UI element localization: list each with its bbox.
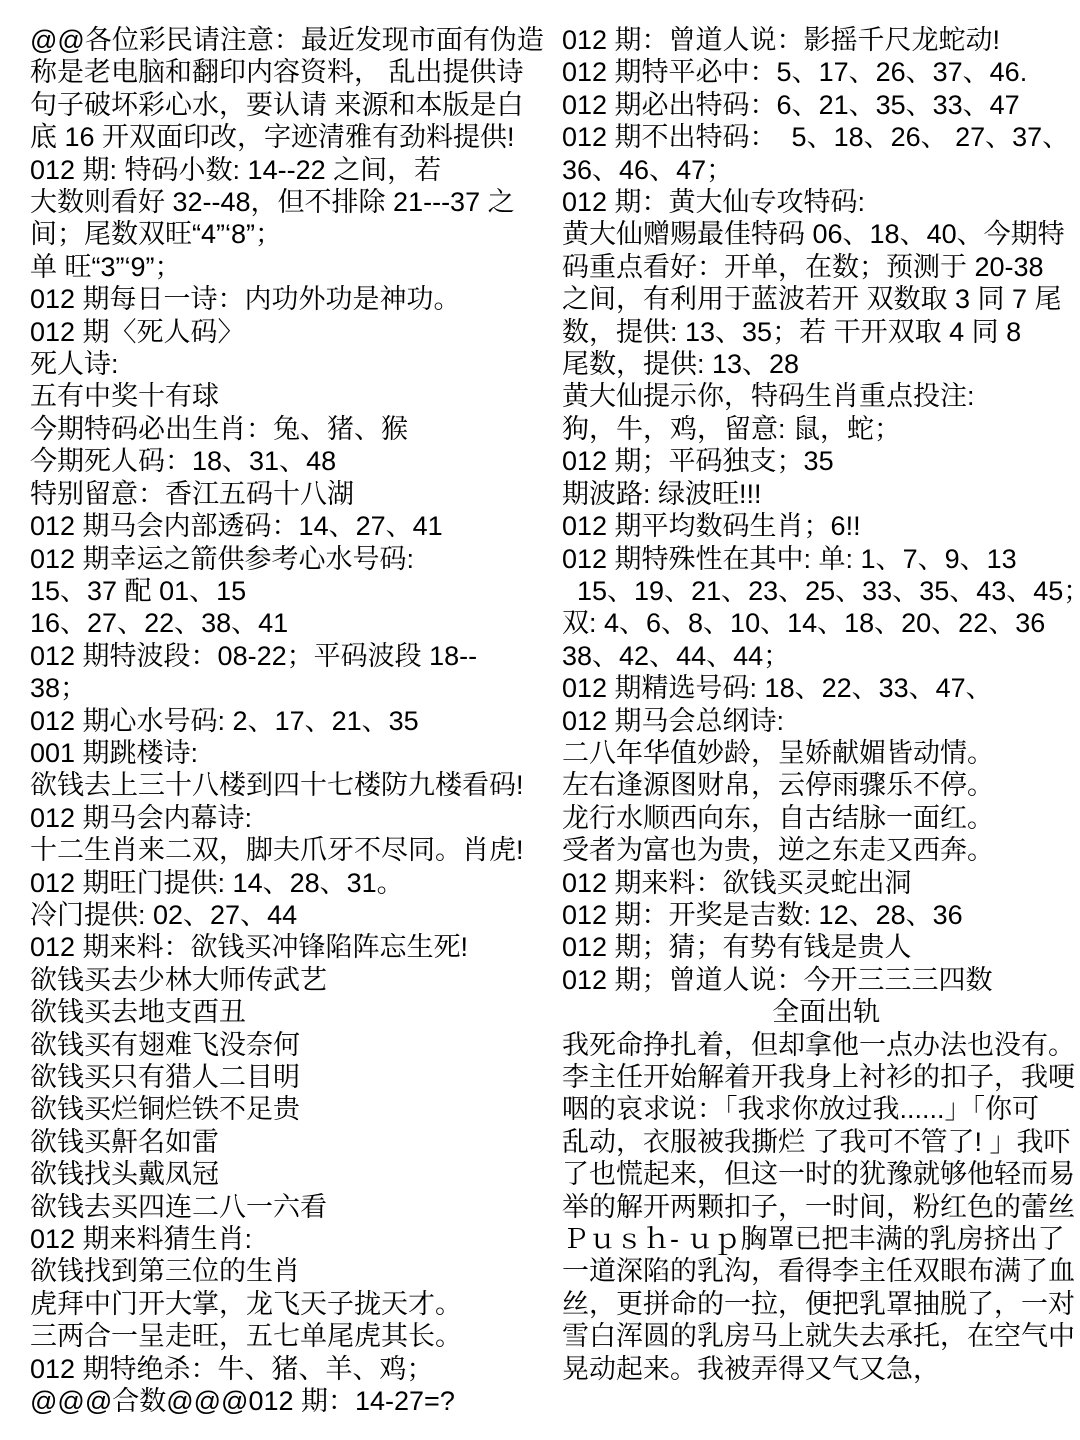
text-line: 012 期平均数码生肖；6!! (562, 510, 1080, 542)
text-line: 死人诗: (30, 348, 562, 380)
text-line: 012 期；平码独支；35 (562, 445, 1080, 477)
text-line: 欲钱买烂铜烂铁不足贵 (30, 1093, 562, 1125)
text-line: @@@合数@@@012 期：14-27=? (30, 1385, 562, 1417)
text-line: 38、42、44、44； (562, 640, 1080, 672)
text-line: 012 期；猜；有势有钱是贵人 (562, 931, 1080, 963)
text-line: 012 期：黄大仙专攻特码: (562, 186, 1080, 218)
text-line: 012 期心水号码: 2、17、21、35 (30, 705, 562, 737)
text-line: 称是老电脑和翻印内容资料， 乱出提供诗 (30, 56, 562, 88)
text-line: 举的解开两颗扣子，一时间，粉红色的蕾丝 (562, 1191, 1080, 1223)
text-line: 欲钱买去地支酉丑 (30, 996, 562, 1028)
text-line: 012 期特波段：08-22；平码波段 18-- (30, 640, 562, 672)
text-line: 黄大仙提示你，特码生肖重点投注: (562, 380, 1080, 412)
text-line: 黄大仙赠赐最佳特码 06、18、40、今期特 (562, 218, 1080, 250)
text-line: 咽的哀求说：「我求你放过我......」「你可 (562, 1093, 1080, 1125)
text-line: 一道深陷的乳沟，看得李主任双眼布满了血 (562, 1255, 1080, 1287)
text-line: 乱动，衣服被我撕烂 了我可不管了! 」我吓 (562, 1126, 1080, 1158)
text-line: 38； (30, 672, 562, 704)
text-line: 012 期来料：欲钱买冲锋陷阵忘生死! (30, 931, 562, 963)
text-line: 012 期不出特码： 5、18、26、 27、37、 (562, 121, 1080, 153)
text-line: 012 期每日一诗：内功外功是神功。 (30, 283, 562, 315)
text-line: 012 期马会总纲诗: (562, 705, 1080, 737)
text-line: 012 期旺门提供: 14、28、31。 (30, 867, 562, 899)
text-line: 晃动起来。我被弄得又气又急， (562, 1353, 1080, 1385)
text-line: 期波路: 绿波旺!!! (562, 478, 1080, 510)
text-line: 受者为富也为贵，逆之东走又西奔。 (562, 834, 1080, 866)
text-line: 冷门提供: 02、27、44 (30, 899, 562, 931)
text-line: 李主任开始解着开我身上衬衫的扣子，我哽 (562, 1061, 1080, 1093)
text-line: 雪白浑圆的乳房马上就失去承托，在空气中 (562, 1320, 1080, 1352)
text-line: @@各位彩民请注意：最近发现市面有伪造 (30, 24, 562, 56)
text-line: 012 期；曾道人说：今开三三三四数 (562, 964, 1080, 996)
text-line: 16、27、22、38、41 (30, 607, 562, 639)
text-line: 012 期来料猜生肖: (30, 1223, 562, 1255)
text-line: 特别留意：香江五码十八湖 (30, 478, 562, 510)
text-line: 欲钱买有翅难飞没奈何 (30, 1029, 562, 1061)
text-line: 012 期：曾道人说：影摇千尺龙蛇动! (562, 24, 1080, 56)
text-line: 012 期特殊性在其中: 单: 1、7、9、13 (562, 543, 1080, 575)
text-line: 了也慌起来，但这一时的犹豫就够他轻而易 (562, 1158, 1080, 1190)
text-line: Ｐｕｓｈ‐ ｕｐ胸罩已把丰满的乳房挤出了 (562, 1223, 1080, 1255)
text-line: 双: 4、6、8、10、14、18、20、22、36 (562, 607, 1080, 639)
text-line: 15、37 配 01、15 (30, 575, 562, 607)
text-line: 数，提供: 13、35；若 干开双取 4 同 8 (562, 316, 1080, 348)
text-line: 012 期特平必中：5、17、26、37、46. (562, 56, 1080, 88)
text-line: 012 期必出特码：6、21、35、33、47 (562, 89, 1080, 121)
text-line: 欲钱去上三十八楼到四十七楼防九楼看码! (30, 769, 562, 801)
text-line: 012 期来料：欲钱买灵蛇出洞 (562, 867, 1080, 899)
text-line: 五有中奖十有球 (30, 380, 562, 412)
text-line: 十二生肖来二双，脚夫爪牙不尽同。肖虎! (30, 834, 562, 866)
text-line: 三两合一呈走旺，五七单尾虎其长。 (30, 1320, 562, 1352)
text-line: 龙行水顺西向东，自古结脉一面红。 (562, 802, 1080, 834)
text-line: 间；尾数双旺“4”‘8”； (30, 218, 562, 250)
text-line: 012 期〈死人码〉 (30, 316, 562, 348)
text-line: 丝，更拼命的一拉，便把乳罩抽脱了，一对 (562, 1288, 1080, 1320)
text-line: 码重点看好：开单，在数；预测于 20-38 (562, 251, 1080, 283)
text-line: 36、46、47； (562, 154, 1080, 186)
text-line: 欲钱去买四连二八一六看 (30, 1191, 562, 1223)
text-line: 012 期马会内部透码：14、27、41 (30, 510, 562, 542)
text-line: 012 期马会内幕诗: (30, 802, 562, 834)
text-line: 底 16 开双面印改，字迹清雅有劲料提供! (30, 121, 562, 153)
text-line: 狗，牛，鸡，留意: 鼠，蛇； (562, 413, 1080, 445)
right-text-column: 012 期：曾道人说：影摇千尺龙蛇动!012 期特平必中：5、17、26、37、… (562, 24, 1080, 1440)
text-line: 欲钱买只有猎人二目明 (30, 1061, 562, 1093)
text-line: 012 期：开奖是吉数: 12、28、36 (562, 899, 1080, 931)
text-line: 012 期: 特码小数: 14--22 之间，若 (30, 154, 562, 186)
text-line: 012 期精选号码: 18、22、33、47、 (562, 672, 1080, 704)
text-line: 012 期幸运之箭供参考心水号码: (30, 543, 562, 575)
text-line: 欲钱找到第三位的生肖 (30, 1255, 562, 1287)
text-line: 之间，有利用于蓝波若开 双数取 3 同 7 尾 (562, 283, 1080, 315)
left-text-column: @@各位彩民请注意：最近发现市面有伪造称是老电脑和翻印内容资料， 乱出提供诗句子… (30, 24, 562, 1440)
lottery-tip-sheet-page: @@各位彩民请注意：最近发现市面有伪造称是老电脑和翻印内容资料， 乱出提供诗句子… (0, 0, 1080, 1440)
text-line: 001 期跳楼诗: (30, 737, 562, 769)
text-line: 012 期特绝杀：牛、猪、羊、鸡； (30, 1353, 562, 1385)
text-line: 欲钱买去少林大师传武艺 (30, 964, 562, 996)
text-line: 我死命挣扎着，但却拿他一点办法也没有。 (562, 1029, 1080, 1061)
text-line: 全面出轨 (562, 996, 1080, 1028)
text-line: 欲钱买鼾名如雷 (30, 1126, 562, 1158)
text-line: 尾数，提供: 13、28 (562, 348, 1080, 380)
text-line: 二八年华值妙龄，呈娇献媚皆动情。 (562, 737, 1080, 769)
text-line: 虎拜中门开大掌，龙飞天子拢天才。 (30, 1288, 562, 1320)
text-line: 今期死人码：18、31、48 (30, 445, 562, 477)
text-line: 句子破坏彩心水，要认请 来源和本版是白 (30, 89, 562, 121)
text-line: 15、19、21、23、25、33、35、43、45； (562, 575, 1080, 607)
text-line: 左右逢源图财帛，云停雨骤乐不停。 (562, 769, 1080, 801)
text-line: 今期特码必出生肖：兔、猪、猴 (30, 413, 562, 445)
text-line: 欲钱找头戴凤冠 (30, 1158, 562, 1190)
text-line: 单 旺“3”‘9”； (30, 251, 562, 283)
text-line: 大数则看好 32--48，但不排除 21---37 之 (30, 186, 562, 218)
